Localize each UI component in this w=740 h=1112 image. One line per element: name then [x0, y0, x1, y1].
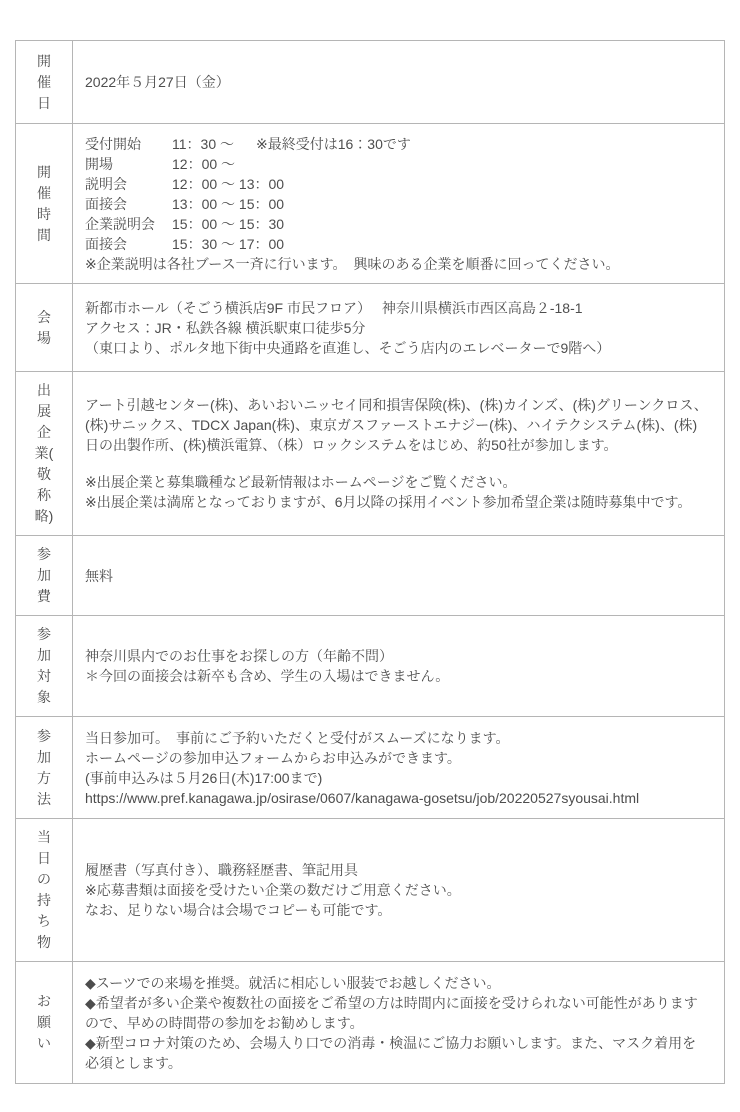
companies-note: ※出展企業は満席となっておりますが、6月以降の採用イベント参加希望企業は随時募集…: [85, 492, 710, 512]
request-item: ◆スーツでの来場を推奨。就活に相応しい服装でお越しください。: [85, 973, 710, 993]
method-deadline: (事前申込みは５月26日(木)17:00まで): [85, 768, 710, 788]
request-item: ◆希望者が多い企業や複数社の面接をご希望の方は時間内に面接を受けられない可能性が…: [85, 993, 710, 1033]
row-header-method-label: 参 加 方 法: [37, 726, 51, 810]
companies-note: ※出展企業と募集職種など最新情報はホームページをご覧ください。: [85, 472, 710, 492]
row-content-companies: アート引越センター(株)、あいおいニッセイ同和損害保険(株)、(株)カインズ、(…: [73, 372, 725, 536]
table-row-date: 開 催 日 2022年５月27日（金）: [16, 41, 725, 124]
schedule-time: 13：00 ～ 15：00: [172, 194, 284, 214]
belongings-note: なお、足りない場合は会場でコピーも可能です。: [85, 900, 710, 920]
schedule-label: 面接会: [85, 234, 172, 254]
row-header-time: 開 催 時 間: [16, 124, 73, 284]
table-row-fee: 参 加 費 無料: [16, 536, 725, 616]
event-info-table: 開 催 日 2022年５月27日（金） 開 催 時 間 受付開始11：30 ～※…: [15, 40, 725, 1084]
schedule-time: 11：30 ～: [172, 134, 256, 154]
row-header-requests: お 願 い: [16, 962, 73, 1084]
request-item: ◆新型コロナ対策のため、会場入り口での消毒・検温にご協力お願いします。また、マス…: [85, 1033, 710, 1073]
venue-name-address: 新都市ホール（そごう横浜店9F 市民フロア） 神奈川県横浜市西区高島２-18-1: [85, 298, 710, 318]
method-line: ホームページの参加申込フォームからお申込みができます。: [85, 748, 710, 768]
table-row-time: 開 催 時 間 受付開始11：30 ～※最終受付は16：30です 開場12：00…: [16, 124, 725, 284]
companies-list: アート引越センター(株)、あいおいニッセイ同和損害保険(株)、(株)カインズ、(…: [85, 395, 710, 455]
row-content-fee: 無料: [73, 536, 725, 616]
row-header-time-label: 開 催 時 間: [37, 162, 51, 246]
schedule-row: 開場12：00 ～: [85, 154, 710, 174]
schedule-time: 12：00 ～ 13：00: [172, 174, 284, 194]
row-content-time: 受付開始11：30 ～※最終受付は16：30です 開場12：00 ～ 説明会12…: [73, 124, 725, 284]
row-content-method: 当日参加可。 事前にご予約いただくと受付がスムーズになります。 ホームページの参…: [73, 717, 725, 819]
schedule-row: 受付開始11：30 ～※最終受付は16：30です: [85, 134, 710, 154]
table-row-belongings: 当 日 の 持 ち 物 履歴書（写真付き）、職務経歴書、筆記用具 ※応募書類は面…: [16, 819, 725, 962]
row-header-belongings-label: 当 日 の 持 ち 物: [37, 827, 51, 953]
fee-value: 無料: [85, 566, 710, 586]
schedule-row: 面接会15：30 ～ 17：00: [85, 234, 710, 254]
schedule-footnote: ※企業説明は各社ブース一斉に行います。 興味のある企業を順番に回ってください。: [85, 254, 710, 274]
row-header-date-label: 開 催 日: [37, 51, 51, 114]
belongings-items: 履歴書（写真付き）、職務経歴書、筆記用具: [85, 860, 710, 880]
table-row-method: 参 加 方 法 当日参加可。 事前にご予約いただくと受付がスムーズになります。 …: [16, 717, 725, 819]
schedule-label: 受付開始: [85, 134, 172, 154]
schedule-time: 12：00 ～: [172, 154, 256, 174]
venue-directions: （東口より、ポルタ地下街中央通路を直進し、そごう店内のエレベーターで9階へ）: [85, 338, 710, 358]
companies-notes: ※出展企業と募集職種など最新情報はホームページをご覧ください。 ※出展企業は満席…: [85, 472, 710, 512]
row-content-requests: ◆スーツでの来場を推奨。就活に相応しい服装でお越しください。 ◆希望者が多い企業…: [73, 962, 725, 1084]
schedule-label: 面接会: [85, 194, 172, 214]
schedule-row: 企業説明会15：00 ～ 15：30: [85, 214, 710, 234]
target-audience: 神奈川県内でのお仕事をお探しの方（年齢不問）: [85, 646, 710, 666]
row-header-target-label: 参 加 対 象: [37, 624, 51, 708]
row-header-method: 参 加 方 法: [16, 717, 73, 819]
table-row-target: 参 加 対 象 神奈川県内でのお仕事をお探しの方（年齢不問） ＊今回の面接会は新…: [16, 616, 725, 717]
schedule-time: 15：00 ～ 15：30: [172, 214, 284, 234]
row-content-target: 神奈川県内でのお仕事をお探しの方（年齢不問） ＊今回の面接会は新卒も含め、学生の…: [73, 616, 725, 717]
row-header-requests-label: お 願 い: [37, 991, 51, 1054]
belongings-note: ※応募書類は面接を受けたい企業の数だけご用意ください。: [85, 880, 710, 900]
page: 開 催 日 2022年５月27日（金） 開 催 時 間 受付開始11：30 ～※…: [0, 0, 740, 1112]
schedule-label: 企業説明会: [85, 214, 172, 234]
row-header-date: 開 催 日: [16, 41, 73, 124]
method-line: 当日参加可。 事前にご予約いただくと受付がスムーズになります。: [85, 728, 710, 748]
row-header-companies-label: 出 展 企 業( 敬 称 略): [35, 380, 54, 527]
schedule-note: ※最終受付は16：30です: [256, 136, 411, 152]
schedule-row: 説明会12：00 ～ 13：00: [85, 174, 710, 194]
row-header-target: 参 加 対 象: [16, 616, 73, 717]
schedule-time: 15：30 ～ 17：00: [172, 234, 284, 254]
row-header-belongings: 当 日 の 持 ち 物: [16, 819, 73, 962]
row-header-venue-label: 会 場: [37, 307, 51, 349]
row-header-companies: 出 展 企 業( 敬 称 略): [16, 372, 73, 536]
schedule-row: 面接会13：00 ～ 15：00: [85, 194, 710, 214]
event-date: 2022年５月27日（金）: [85, 72, 710, 92]
row-header-fee: 参 加 費: [16, 536, 73, 616]
row-content-venue: 新都市ホール（そごう横浜店9F 市民フロア） 神奈川県横浜市西区高島２-18-1…: [73, 284, 725, 372]
row-header-fee-label: 参 加 費: [37, 544, 51, 607]
row-content-date: 2022年５月27日（金）: [73, 41, 725, 124]
table-row-venue: 会 場 新都市ホール（そごう横浜店9F 市民フロア） 神奈川県横浜市西区高島２-…: [16, 284, 725, 372]
schedule-label: 開場: [85, 154, 172, 174]
table-row-companies: 出 展 企 業( 敬 称 略) アート引越センター(株)、あいおいニッセイ同和損…: [16, 372, 725, 536]
row-content-belongings: 履歴書（写真付き）、職務経歴書、筆記用具 ※応募書類は面接を受けたい企業の数だけ…: [73, 819, 725, 962]
row-header-venue: 会 場: [16, 284, 73, 372]
application-url: https://www.pref.kanagawa.jp/osirase/060…: [85, 788, 710, 808]
venue-access: アクセス：JR・私鉄各線 横浜駅東口徒歩5分: [85, 318, 710, 338]
schedule-label: 説明会: [85, 174, 172, 194]
target-restriction: ＊今回の面接会は新卒も含め、学生の入場はできません。: [85, 666, 710, 686]
table-row-requests: お 願 い ◆スーツでの来場を推奨。就活に相応しい服装でお越しください。 ◆希望…: [16, 962, 725, 1084]
